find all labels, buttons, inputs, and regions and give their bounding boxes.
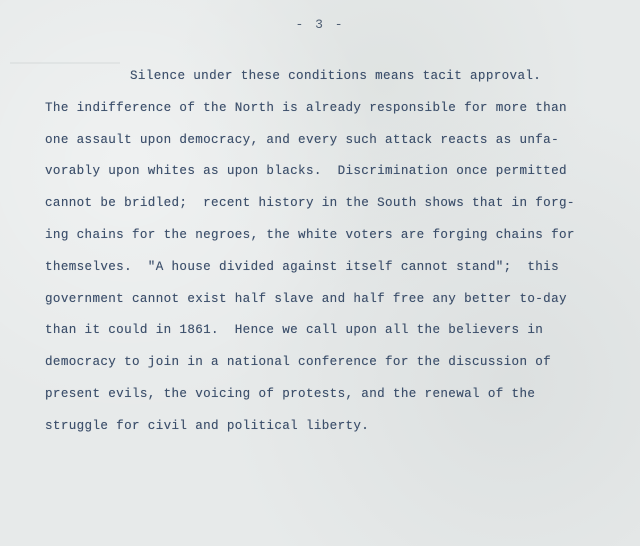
text-line: Silence under these conditions means tac… — [45, 61, 625, 93]
text-line: The indifference of the North is already… — [45, 93, 625, 125]
text-line: themselves. "A house divided against its… — [45, 252, 625, 284]
text-line: vorably upon whites as upon blacks. Disc… — [45, 156, 625, 188]
text-line: present evils, the voicing of protests, … — [45, 379, 625, 411]
text-line: ing chains for the negroes, the white vo… — [45, 220, 625, 252]
typewritten-page: - 3 - Silence under these conditions mea… — [0, 0, 640, 546]
text-line: government cannot exist half slave and h… — [45, 284, 625, 316]
page-number: - 3 - — [0, 17, 640, 32]
text-line: struggle for civil and political liberty… — [45, 411, 625, 443]
text-line: cannot be bridled; recent history in the… — [45, 188, 625, 220]
text-line: than it could in 1861. Hence we call upo… — [45, 315, 625, 347]
body-paragraph: Silence under these conditions means tac… — [45, 61, 625, 443]
text-line: democracy to join in a national conferen… — [45, 347, 625, 379]
text-line: one assault upon democracy, and every su… — [45, 125, 625, 157]
